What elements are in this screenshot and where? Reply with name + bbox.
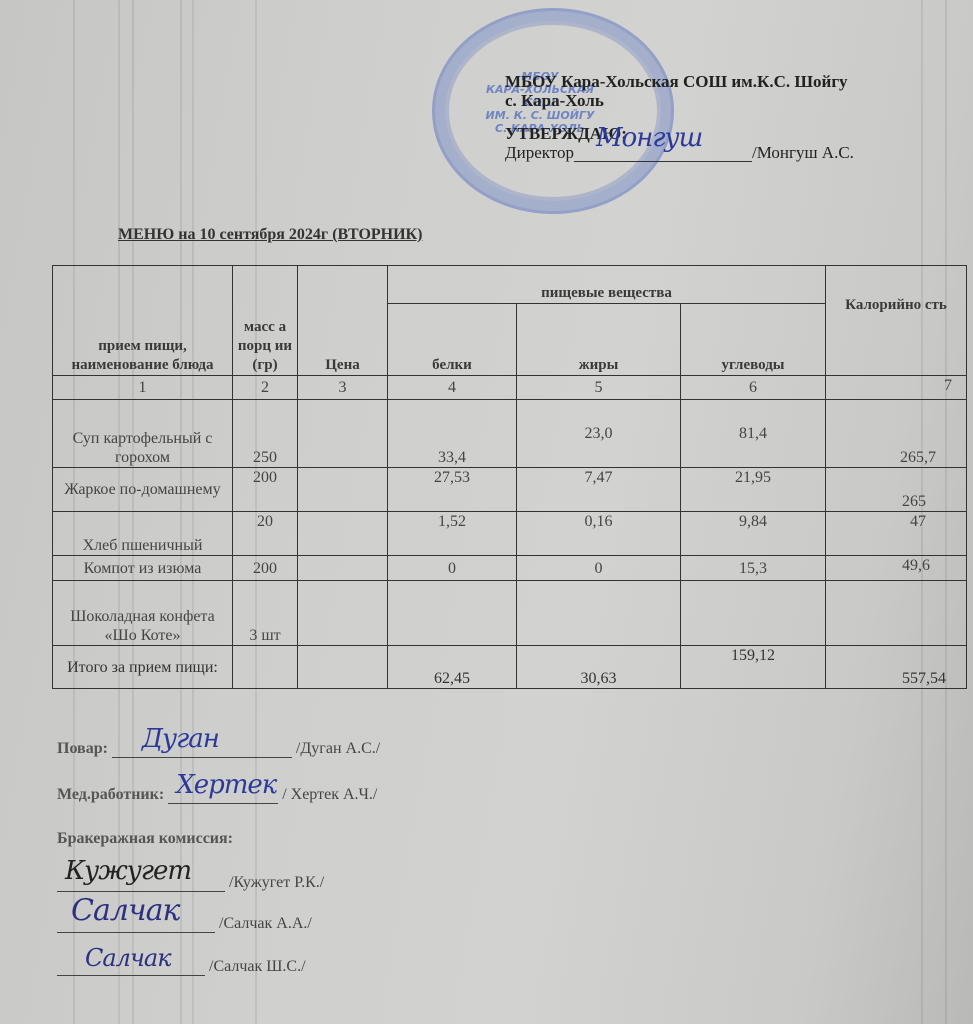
dish-calories: 265 <box>826 468 967 512</box>
commission-signature-line: Салчак <box>57 915 215 933</box>
commission-member-row: Салчак /Салчак А.А./ <box>57 915 312 933</box>
dish-mass: 20 <box>233 512 298 556</box>
col-num: 7 <box>826 376 967 400</box>
dish-carbs: 15,3 <box>681 556 826 581</box>
col-num: 6 <box>681 376 826 400</box>
table-row: Суп картофельный с горохом 250 33,4 23,0… <box>53 400 967 468</box>
cook-name: /Дуган А.С./ <box>296 740 380 757</box>
dish-fat: 7,47 <box>517 468 681 512</box>
header-meal: прием пищи, наименование блюда <box>53 266 233 376</box>
dish-price <box>298 400 388 468</box>
table-row: Компот из изюма 200 0 0 15,3 49,6 <box>53 556 967 581</box>
medic-label: Мед.работник: <box>57 786 164 803</box>
commission-member-row: Кужугет /Кужугет Р.К./ <box>57 874 324 892</box>
col-num: 3 <box>298 376 388 400</box>
header-carbs: углеводы <box>681 304 826 376</box>
dish-protein: 33,4 <box>388 400 517 468</box>
dish-mass: 200 <box>233 468 298 512</box>
table-row: Жаркое по-домашнему 200 27,53 7,47 21,95… <box>53 468 967 512</box>
dish-fat <box>517 581 681 646</box>
cook-signature-row: Повар: Дуган /Дуган А.С./ <box>57 740 380 758</box>
header-row: прием пищи, наименование блюда масс а по… <box>53 266 967 304</box>
commission-signature: Салчак <box>71 893 179 928</box>
dish-protein: 1,52 <box>388 512 517 556</box>
dish-calories: 47 <box>826 512 967 556</box>
director-name: /Монгуш А.С. <box>752 143 854 162</box>
dish-calories: 265,7 <box>826 400 967 468</box>
organization-name: МБОУ Кара-Хольская СОШ им.К.С. Шойгу <box>505 72 854 91</box>
cook-signature: Дуган <box>142 724 219 754</box>
dish-name: Компот из изюма <box>53 556 233 581</box>
dish-price <box>298 468 388 512</box>
director-line: Директор Монгуш /Монгуш А.С. <box>505 143 854 162</box>
commission-label-row: Бракеражная комиссия: <box>57 830 233 848</box>
dish-name: Хлеб пшеничный <box>53 512 233 556</box>
medic-signature-row: Мед.работник: Хертек / Хертек А.Ч./ <box>57 786 377 804</box>
header-mass: масс а порц ии (гр) <box>233 266 298 376</box>
total-carbs: 159,12 <box>681 646 826 689</box>
commission-signature-line: Салчак <box>57 958 205 976</box>
col-num: 2 <box>233 376 298 400</box>
dish-carbs: 81,4 <box>681 400 826 468</box>
header-fat: жиры <box>517 304 681 376</box>
header-calories: Калорийно сть <box>826 266 967 376</box>
dish-calories: 49,6 <box>826 556 967 581</box>
dish-protein <box>388 581 517 646</box>
commission-member-row: Салчак /Салчак Ш.С./ <box>57 958 306 976</box>
cook-label: Повар: <box>57 740 108 757</box>
dish-mass: 250 <box>233 400 298 468</box>
total-price <box>298 646 388 689</box>
total-label: Итого за прием пищи: <box>53 646 233 689</box>
col-num: 1 <box>53 376 233 400</box>
medic-signature-line: Хертек <box>168 786 278 804</box>
dish-fat: 0,16 <box>517 512 681 556</box>
table-row: Хлеб пшеничный 20 1,52 0,16 9,84 47 <box>53 512 967 556</box>
column-number-row: 1 2 3 4 5 6 7 <box>53 376 967 400</box>
header-nutrients: пищевые вещества <box>388 266 826 304</box>
cook-signature-line: Дуган <box>112 740 292 758</box>
commission-member-name: /Салчак Ш.С./ <box>209 958 306 975</box>
col-num: 4 <box>388 376 517 400</box>
dish-name: Суп картофельный с горохом <box>53 400 233 468</box>
dish-price <box>298 556 388 581</box>
dish-fat: 0 <box>517 556 681 581</box>
total-calories: 557,54 <box>826 646 967 689</box>
page-title: МЕНЮ на 10 сентября 2024г (ВТОРНИК) <box>118 226 422 244</box>
header-price: Цена <box>298 266 388 376</box>
header-protein: белки <box>388 304 517 376</box>
dish-name: Жаркое по-домашнему <box>53 468 233 512</box>
director-signature-line: Монгуш <box>574 143 752 162</box>
dish-price <box>298 512 388 556</box>
commission-member-name: /Кужугет Р.К./ <box>229 874 324 891</box>
village-name: с. Кара-Холь <box>505 91 854 110</box>
total-fat: 30,63 <box>517 646 681 689</box>
total-protein: 62,45 <box>388 646 517 689</box>
col-num: 5 <box>517 376 681 400</box>
commission-signature-line: Кужугет <box>57 874 225 892</box>
dish-carbs: 21,95 <box>681 468 826 512</box>
dish-carbs <box>681 581 826 646</box>
director-label: Директор <box>505 143 574 162</box>
commission-label: Бракеражная комиссия: <box>57 830 233 847</box>
menu-table: прием пищи, наименование блюда масс а по… <box>52 265 967 689</box>
medic-signature: Хертек <box>176 770 276 800</box>
dish-calories <box>826 581 967 646</box>
table-row: Шоколадная конфета «Шо Коте» 3 шт <box>53 581 967 646</box>
dish-price <box>298 581 388 646</box>
dish-carbs: 9,84 <box>681 512 826 556</box>
dish-fat: 23,0 <box>517 400 681 468</box>
total-mass <box>233 646 298 689</box>
medic-name: / Хертек А.Ч./ <box>282 786 377 803</box>
dish-name: Шоколадная конфета «Шо Коте» <box>53 581 233 646</box>
dish-mass: 200 <box>233 556 298 581</box>
commission-signature: Салчак <box>85 944 171 972</box>
dish-mass: 3 шт <box>233 581 298 646</box>
commission-signature: Кужугет <box>65 856 191 886</box>
commission-member-name: /Салчак А.А./ <box>219 915 312 932</box>
approval-header: МБОУ Кара-Хольская СОШ им.К.С. Шойгу с. … <box>505 72 854 162</box>
director-signature: Монгуш <box>596 129 702 148</box>
total-row: Итого за прием пищи: 62,45 30,63 159,12 … <box>53 646 967 689</box>
dish-protein: 0 <box>388 556 517 581</box>
dish-protein: 27,53 <box>388 468 517 512</box>
